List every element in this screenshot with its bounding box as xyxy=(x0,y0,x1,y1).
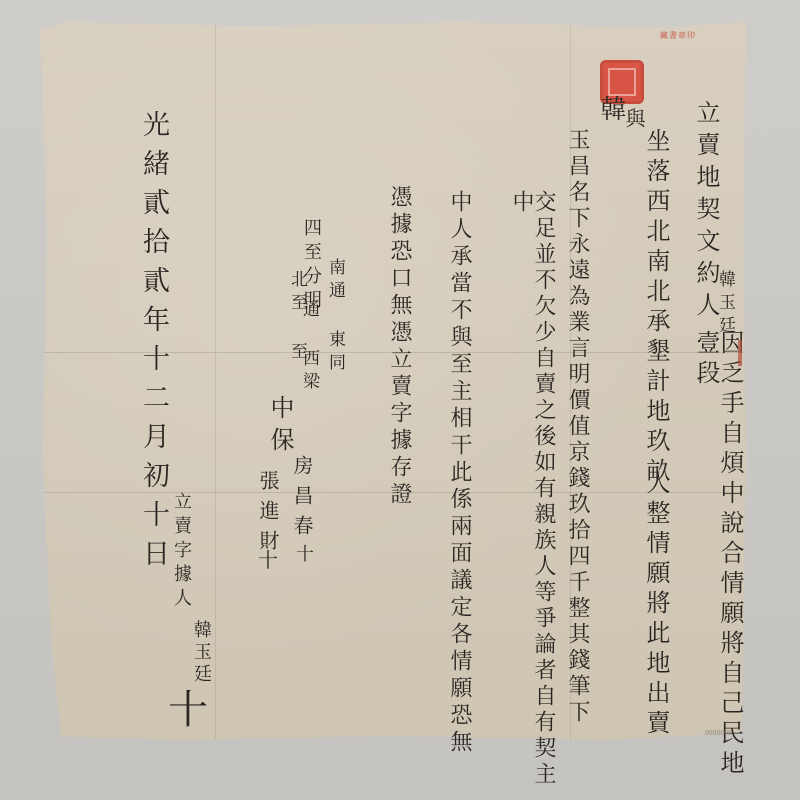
catalog-number: 0000001 xyxy=(705,730,732,737)
deed-column-2-body: 人整情願將此地出賣 xyxy=(644,470,668,740)
witness-1-mark: 十 xyxy=(296,540,314,566)
buyer-surname: 韓 xyxy=(598,95,624,129)
deed-column-4: 交足並不欠少自賣之後如有親族人等爭論者自有契主中 xyxy=(510,190,554,800)
archive-stamp: 藏書章印 xyxy=(660,30,696,41)
deed-column-2-head: 坐落西北南北承墾計地玖畝 xyxy=(644,128,668,488)
witness-2-mark: 十 xyxy=(258,544,278,573)
edge-seal-fragment xyxy=(738,340,742,366)
seller-name-annotation: 韓玉廷 xyxy=(716,270,733,339)
deed-column-6: 憑據恐口無憑立賣字據存證 xyxy=(388,185,410,509)
conjunction-yu: 與 xyxy=(624,108,644,136)
fold-line-vertical xyxy=(215,22,216,740)
deed-column-3: 玉昌名下永遠為業言明價值京錢玖拾四千整其錢筆下 xyxy=(566,128,588,726)
witness-name-1: 房昌春 xyxy=(292,455,312,545)
seller-mark: 十 xyxy=(168,678,208,735)
seal-border xyxy=(608,68,636,96)
signature-label: 立賣字據人 xyxy=(172,492,190,612)
boundary-line-2: 南通 東同 xyxy=(326,258,343,376)
witness-label: 中保 xyxy=(268,395,292,459)
deed-date: 光緒貳拾貳年十二月初十日 xyxy=(140,110,167,578)
boundary-line-4: 通 西梁 xyxy=(300,300,317,395)
deed-column-5: 中人承當不與至主相干此係兩面議定各情願恐無 xyxy=(448,190,470,757)
seller-signature-name: 韓玉廷 xyxy=(192,620,210,686)
